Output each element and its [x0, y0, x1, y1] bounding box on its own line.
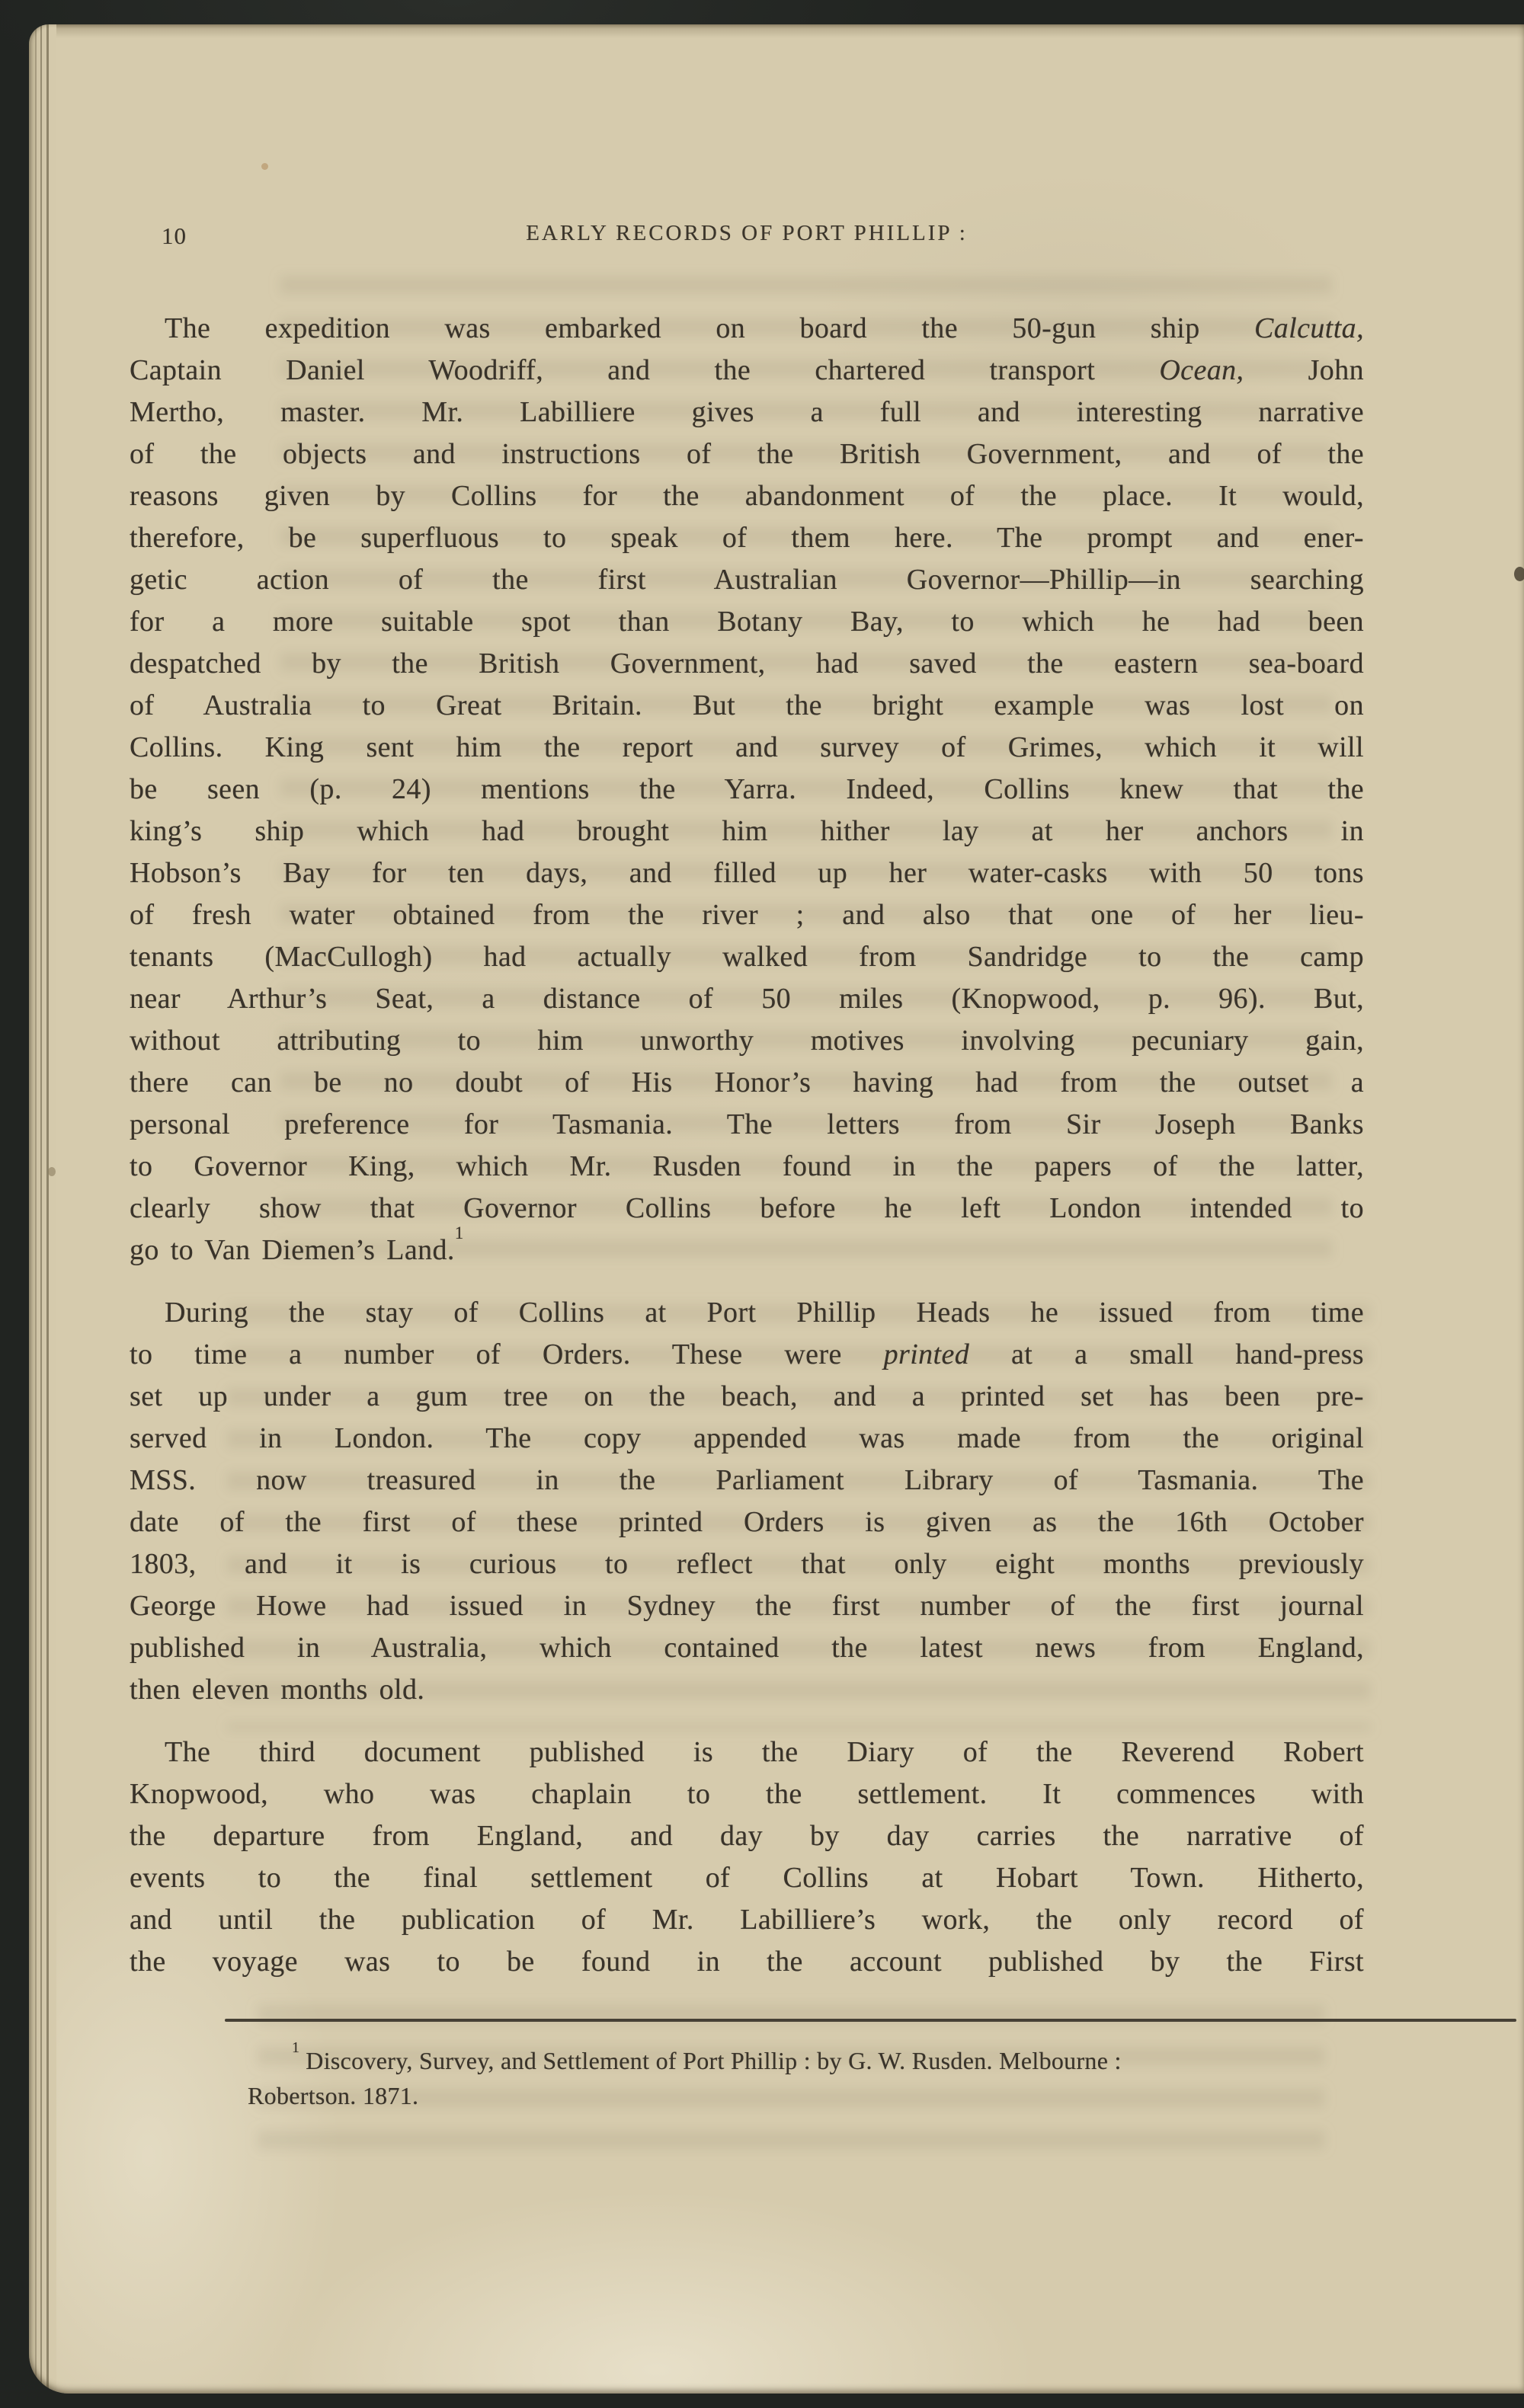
text-line: George Howe had issued in Sydney the fir… — [130, 1585, 1364, 1627]
text-line: clearly show that Governor Collins befor… — [130, 1188, 1364, 1230]
text-line: of the objects and instructions of the B… — [130, 433, 1364, 475]
text-line: events to the final settlement of Collin… — [130, 1857, 1364, 1899]
page-header: 10 EARLY RECORDS OF PORT PHILLIP : — [130, 221, 1364, 256]
paragraph-1: The expedition was embarked on board the… — [130, 308, 1364, 1271]
body-text: The expedition was embarked on board the… — [130, 308, 1364, 1983]
stain-speck — [48, 1167, 56, 1176]
text-line: published in Australia, which contained … — [130, 1627, 1364, 1669]
text-line: the voyage was to be found in the accoun… — [130, 1941, 1364, 1983]
page-number: 10 — [162, 222, 187, 250]
text-line: and until the publication of Mr. Labilli… — [130, 1899, 1364, 1941]
text-line: The expedition was embarked on board the… — [130, 308, 1364, 350]
text-line: During the stay of Collins at Port Phill… — [130, 1292, 1364, 1334]
book-page: 10 EARLY RECORDS OF PORT PHILLIP : The e… — [29, 24, 1524, 2394]
text-line: king’s ship which had brought him hither… — [130, 811, 1364, 852]
text-line: to Governor King, which Mr. Rusden found… — [130, 1146, 1364, 1188]
text-line: Knopwood, who was chaplain to the settle… — [130, 1773, 1364, 1815]
paragraph-2: During the stay of Collins at Port Phill… — [130, 1292, 1364, 1711]
text-line: go to Van Diemen’s Land.1 — [130, 1230, 1364, 1271]
text-line: getic action of the first Australian Gov… — [130, 559, 1364, 601]
text-line: Mertho, master. Mr. Labilliere gives a f… — [130, 392, 1364, 433]
text-line: the departure from England, and day by d… — [130, 1815, 1364, 1857]
text-line: 1803, and it is curious to reflect that … — [130, 1543, 1364, 1585]
text-line: set up under a gum tree on the beach, an… — [130, 1376, 1364, 1418]
footnote-reference: 1 — [455, 1223, 464, 1242]
text-line: despatched by the British Government, ha… — [130, 643, 1364, 685]
text-line: for a more suitable spot than Botany Bay… — [130, 601, 1364, 643]
stain-speck — [1514, 567, 1524, 581]
text-line: of Australia to Great Britain. But the b… — [130, 685, 1364, 727]
text-line: personal preference for Tasmania. The le… — [130, 1104, 1364, 1146]
footnote-line: 1 Discovery, Survey, and Settlement of P… — [248, 2043, 1364, 2078]
text-line: Hobson’s Bay for ten days, and filled up… — [130, 852, 1364, 894]
text-line: to time a number of Orders. These were p… — [130, 1334, 1364, 1376]
footnote-line: Robertson. 1871. — [248, 2078, 1364, 2113]
text-line: therefore, be superfluous to speak of th… — [130, 517, 1364, 559]
paragraph-3: The third document published is the Diar… — [130, 1732, 1364, 1983]
text-line: without attributing to him unworthy moti… — [130, 1020, 1364, 1062]
text-line: then eleven months old. — [130, 1669, 1364, 1711]
text-line: Captain Daniel Woodriff, and the charter… — [130, 350, 1364, 392]
text-line: Collins. King sent him the report and su… — [130, 727, 1364, 769]
text-line: date of the first of these printed Order… — [130, 1501, 1364, 1543]
footnote-marker: 1 — [292, 2039, 299, 2056]
running-title: EARLY RECORDS OF PORT PHILLIP : — [130, 221, 1364, 246]
text-line: served in London. The copy appended was … — [130, 1418, 1364, 1460]
text-line: reasons given by Collins for the abandon… — [130, 475, 1364, 517]
text-line: be seen (p. 24) mentions the Yarra. Inde… — [130, 769, 1364, 811]
text-line: MSS. now treasured in the Parliament Lib… — [130, 1460, 1364, 1501]
text-line: of fresh water obtained from the river ;… — [130, 894, 1364, 936]
footnote-rule — [225, 2019, 1516, 2022]
text-line: The third document published is the Diar… — [130, 1732, 1364, 1773]
text-line: there can be no doubt of His Honor’s hav… — [130, 1062, 1364, 1104]
text-line: near Arthur’s Seat, a distance of 50 mil… — [130, 978, 1364, 1020]
footnote: 1 Discovery, Survey, and Settlement of P… — [248, 2043, 1364, 2113]
text-line: tenants (MacCullogh) had actually walked… — [130, 936, 1364, 978]
printed-content: 10 EARLY RECORDS OF PORT PHILLIP : The e… — [130, 24, 1364, 2394]
photo-background: 10 EARLY RECORDS OF PORT PHILLIP : The e… — [0, 0, 1524, 2408]
